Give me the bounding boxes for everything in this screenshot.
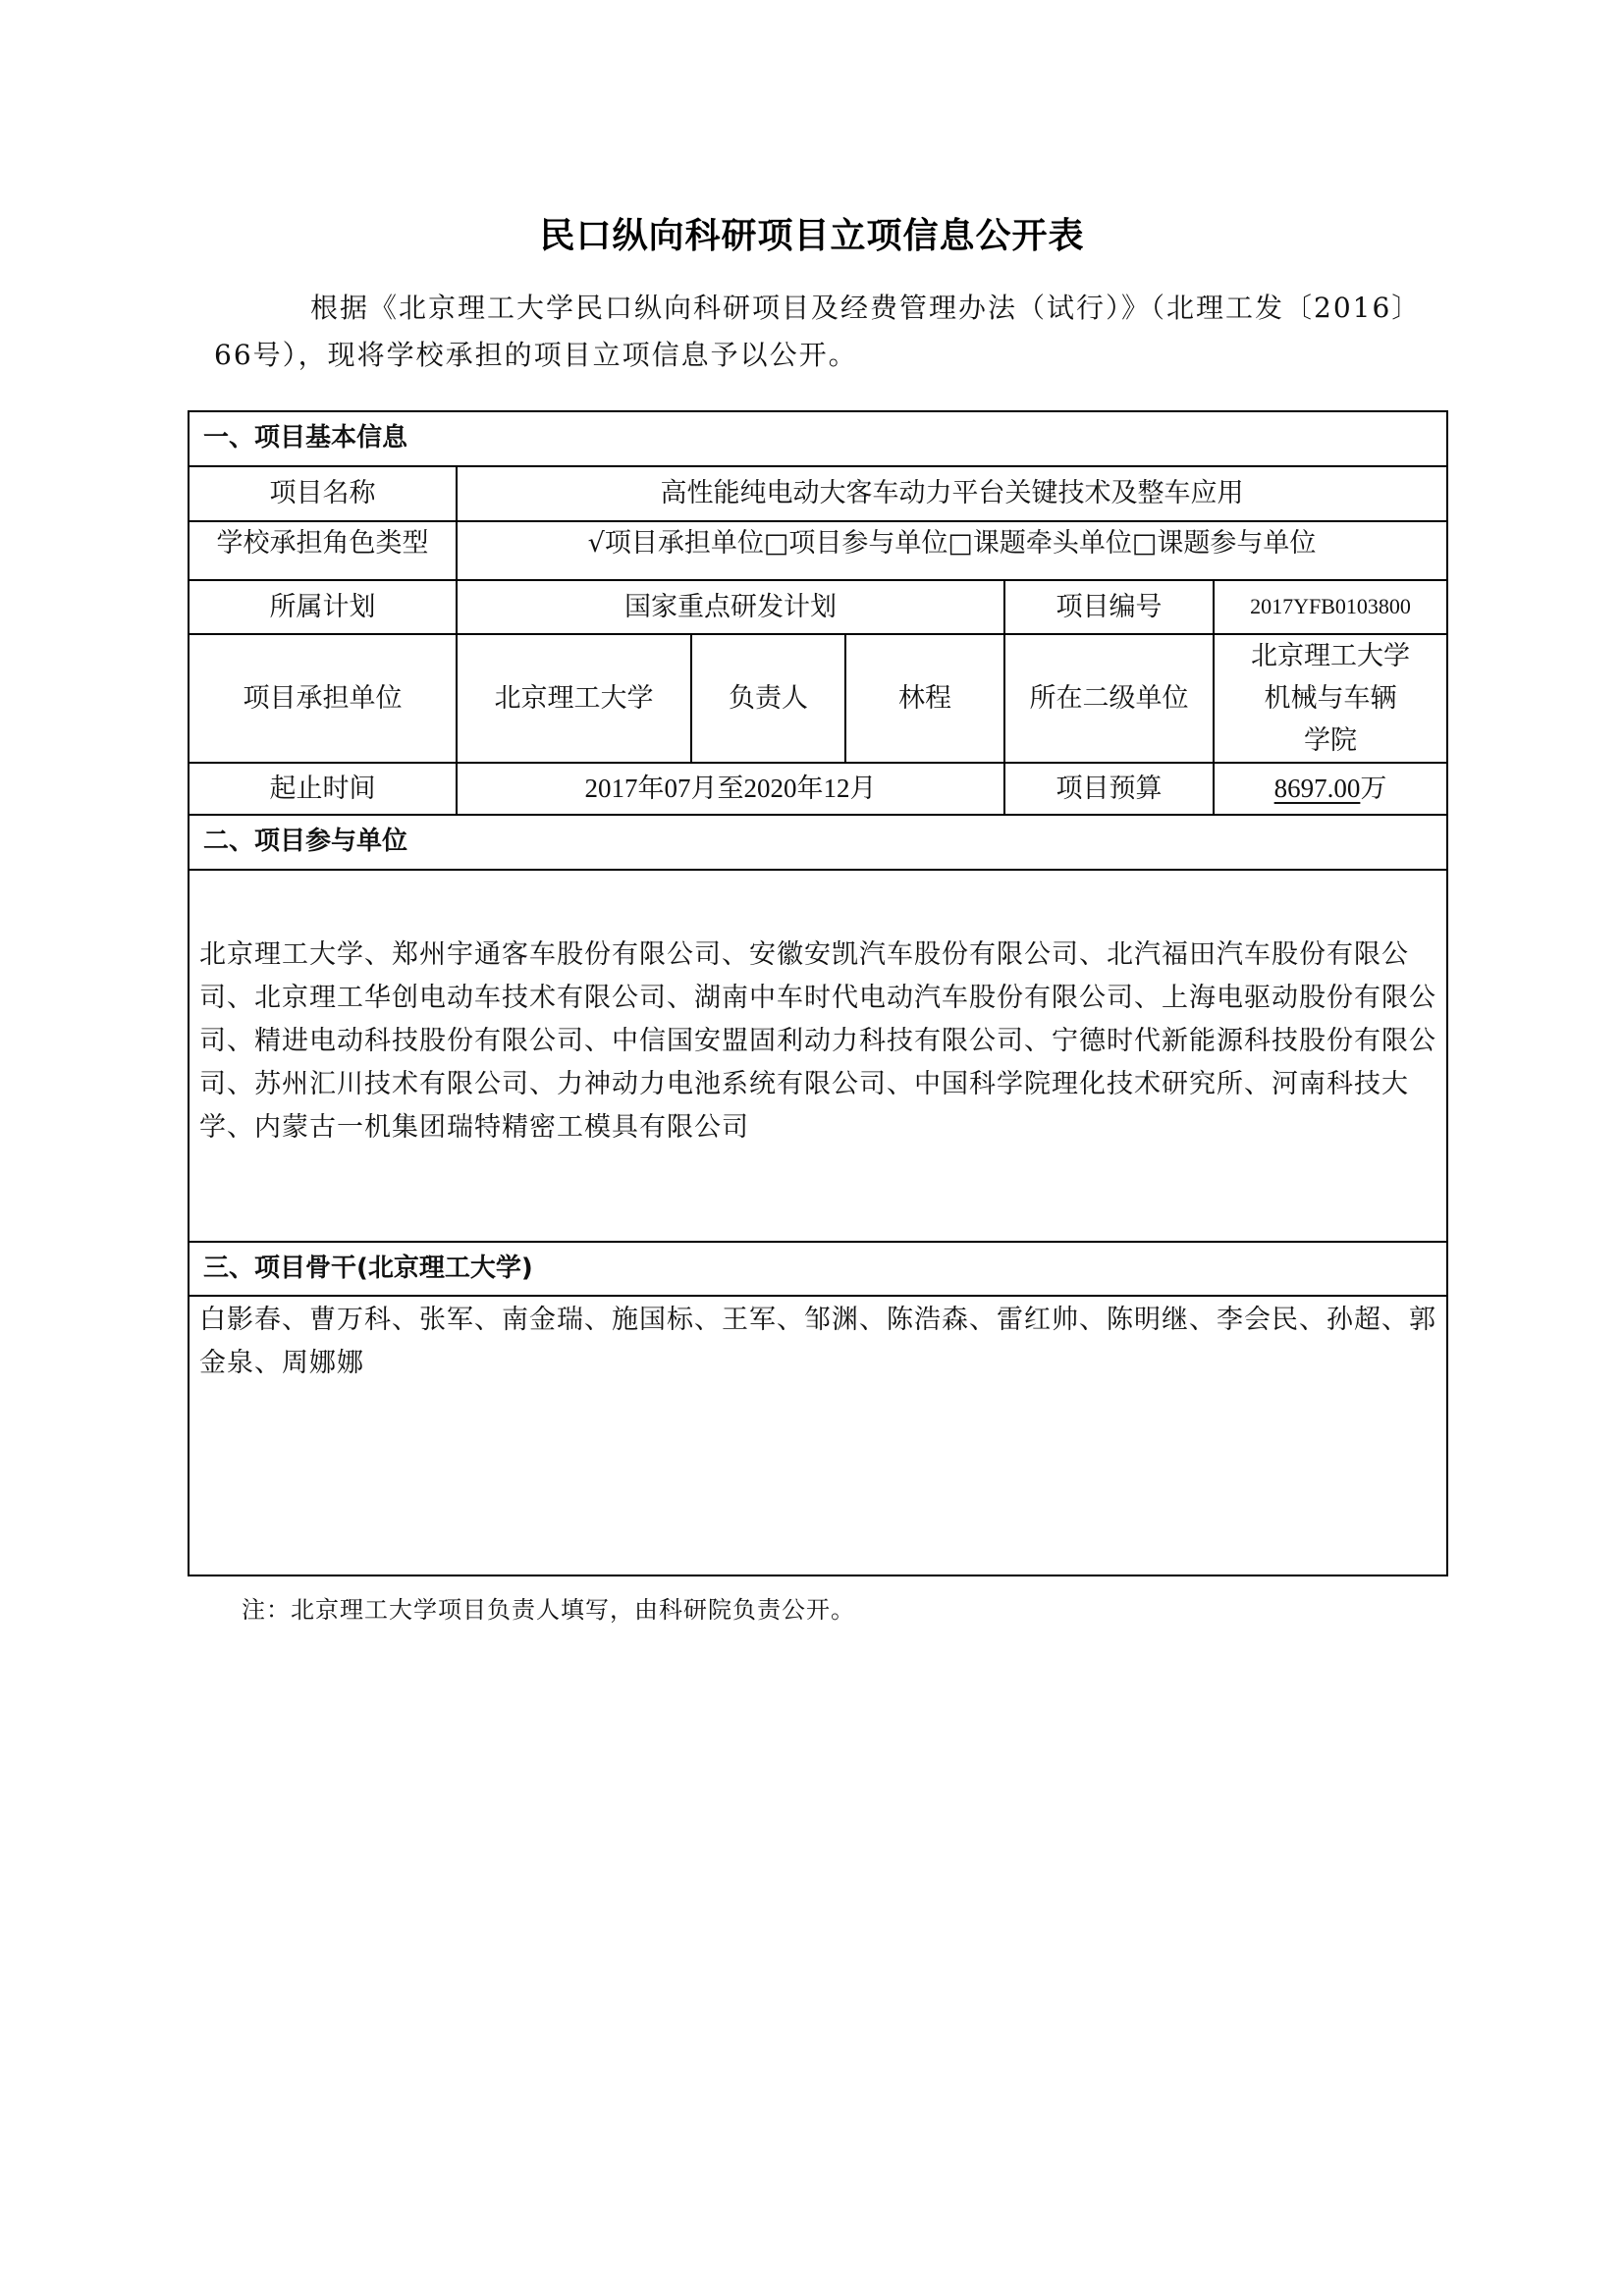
project-info-table: 一、项目基本信息 项目名称 高性能纯电动大客车动力平台关键技术及整车应用 学校承… (188, 410, 1448, 1576)
intro-paragraph: 根据《北京理工大学民口纵向科研项目及经费管理办法（试行）》（北理工发〔2016〕… (214, 285, 1412, 379)
plan-value: 国家重点研发计划 (457, 580, 1004, 634)
budget-amount: 8697.00 (1274, 774, 1361, 803)
period-label: 起止时间 (189, 763, 457, 815)
budget-value: 8697.00万 (1214, 763, 1447, 815)
leader-label: 负责人 (691, 634, 845, 763)
project-name-label: 项目名称 (189, 466, 457, 521)
footnote: 注：北京理工大学项目负责人填写，由科研院负责公开。 (242, 1590, 855, 1625)
document-title: 民口纵向科研项目立项信息公开表 (0, 208, 1624, 258)
project-no-value: 2017YFB0103800 (1214, 580, 1447, 634)
plan-label: 所属计划 (189, 580, 457, 634)
project-name-value: 高性能纯电动大客车动力平台关键技术及整车应用 (457, 466, 1447, 521)
role-type-options: √项目承担单位□项目参与单位□课题牵头单位□课题参与单位 (457, 521, 1447, 580)
dept-line: 机械与车辆 (1215, 677, 1446, 720)
project-no-label: 项目编号 (1004, 580, 1214, 634)
participants-text: 北京理工大学、郑州宇通客车股份有限公司、安徽安凯汽车股份有限公司、北汽福田汽车股… (199, 934, 1436, 1179)
section-key-members-heading: 三、项目骨干(北京理工大学) (189, 1242, 1447, 1296)
participants-list: 北京理工大学、郑州宇通客车股份有限公司、安徽安凯汽车股份有限公司、北汽福田汽车股… (189, 870, 1447, 1242)
undertaker-value: 北京理工大学 (457, 634, 691, 763)
budget-unit: 万 (1360, 774, 1386, 804)
period-value: 2017年07月至2020年12月 (457, 763, 1004, 815)
dept-line: 学院 (1215, 720, 1446, 762)
dept-label: 所在二级单位 (1004, 634, 1214, 763)
undertaker-label: 项目承担单位 (189, 634, 457, 763)
leader-value: 林程 (845, 634, 1004, 763)
key-members-text: 白影春、曹万科、张军、南金瑞、施国标、王军、邹渊、陈浩森、雷红帅、陈明继、李会民… (199, 1297, 1436, 1385)
dept-value: 北京理工大学 机械与车辆 学院 (1214, 634, 1447, 763)
section-basic-info-heading: 一、项目基本信息 (189, 411, 1447, 466)
budget-label: 项目预算 (1004, 763, 1214, 815)
key-members-list: 白影春、曹万科、张军、南金瑞、施国标、王军、邹渊、陈浩森、雷红帅、陈明继、李会民… (189, 1296, 1447, 1575)
dept-line: 北京理工大学 (1215, 635, 1446, 677)
section-participants-heading: 二、项目参与单位 (189, 815, 1447, 870)
role-type-label: 学校承担角色类型 (189, 521, 457, 580)
